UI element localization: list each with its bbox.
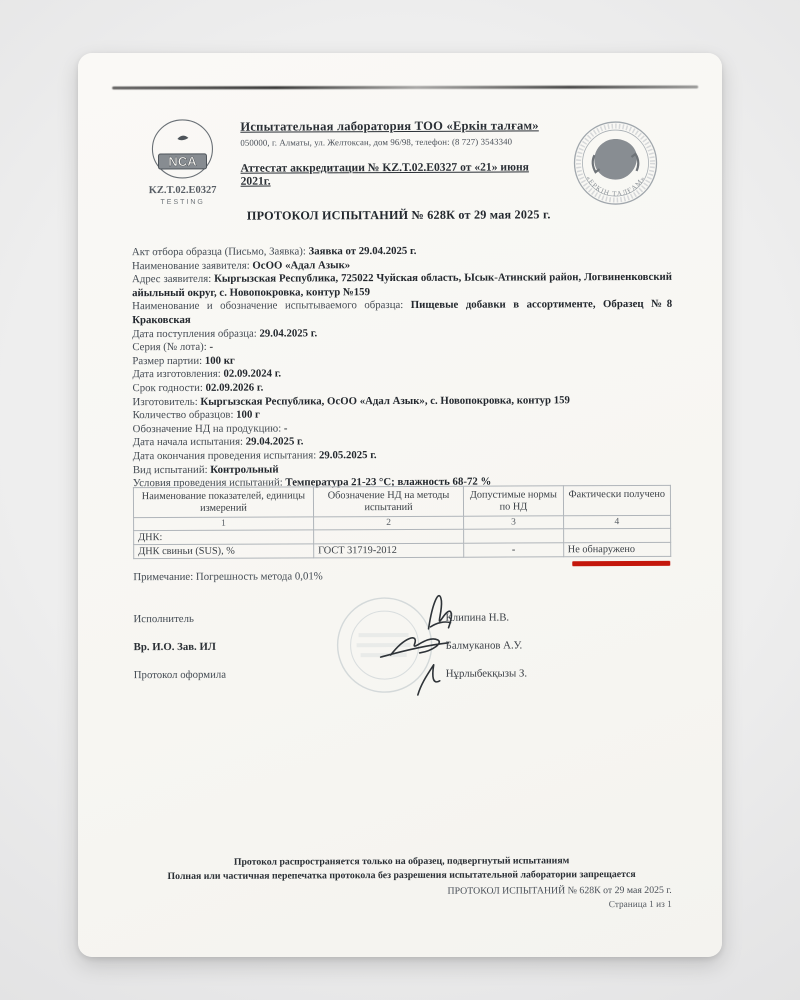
field-label: Серия (№ лота): <box>132 341 209 353</box>
lab-address: 050000, г. Алматы, ул. Желтоксан, дом 96… <box>240 136 546 147</box>
signer-role: Протокол оформила <box>134 669 226 681</box>
cell-indicator: ДНК свиньи (SUS), % <box>134 544 314 559</box>
accreditation-line: Аттестат аккредитации № KZ.T.02.E0327 от… <box>241 160 547 187</box>
field-label: Обозначение НД на продукцию: <box>133 422 284 435</box>
field-label: Дата изготовления: <box>132 368 223 380</box>
signature-row: Вр. И.О. Зав. ИЛ Балмуканов А.У. <box>134 639 674 653</box>
col-header-method: Обозначение НД на методы испытаний <box>313 486 463 516</box>
table-row: ДНК свиньи (SUS), % ГОСТ 31719-2012 - Не… <box>134 542 671 558</box>
result-highlight-underline <box>572 561 670 566</box>
col-number: 3 <box>464 515 563 528</box>
signature-row: Протокол оформила Нұрлыбекқызы З. <box>134 667 674 681</box>
field-value: 29.05.2025 г. <box>319 449 377 461</box>
field-label: Изготовитель: <box>133 395 201 407</box>
field-row: Адрес заявителя: Кыргызская Республика, … <box>132 271 672 301</box>
field-value: ОсОО «Адал Азык» <box>252 259 350 271</box>
signer-name: Нұрлыбекқызы З. <box>446 667 527 679</box>
field-value: 29.04.2025 г. <box>259 327 317 339</box>
document-page: NCA KZ.T.02.E0327 TESTING Испытательная … <box>78 53 722 957</box>
results-table: Наименование показателей, единицы измере… <box>133 485 671 559</box>
footer-reprint-line: Полная или частичная перепечатка протоко… <box>132 868 672 884</box>
col-number: 2 <box>313 516 463 530</box>
field-value: 100 кг <box>205 354 235 366</box>
field-label: Адрес заявителя: <box>132 273 214 285</box>
col-number: 4 <box>563 515 670 528</box>
field-row: Наименование и обозначение испытываемого… <box>132 298 672 328</box>
field-value: 02.09.2026 г. <box>206 382 264 394</box>
cell-result <box>563 528 670 542</box>
signature-row: Исполнитель Клипина Н.В. <box>133 611 673 625</box>
cell-indicator: ДНК: <box>134 530 314 545</box>
field-value: 100 г <box>236 409 260 421</box>
signatures-block: Исполнитель Клипина Н.В. Вр. И.О. Зав. И… <box>133 609 673 721</box>
signer-role: Исполнитель <box>133 613 193 625</box>
field-label: Дата окончания проведения испытания: <box>133 449 319 462</box>
field-value: Контрольный <box>210 463 278 475</box>
field-label: Дата поступления образца: <box>132 327 259 340</box>
field-label: Наименование и обозначение испытываемого… <box>132 299 411 312</box>
cell-method <box>313 529 463 544</box>
note-label: Примечание: <box>133 571 196 583</box>
nca-accreditation-logo: NCA KZ.T.02.E0327 TESTING <box>141 118 223 214</box>
scan-artifact-line <box>112 85 698 89</box>
field-value: - <box>209 341 213 353</box>
nca-testing-label: TESTING <box>160 199 204 206</box>
field-value: 29.04.2025 г. <box>246 436 304 448</box>
field-value: Кыргызская Республика, ОсОО «Адал Азык»,… <box>200 394 570 408</box>
field-value: - <box>284 422 288 434</box>
erkin-talgam-round-stamp: «ЕРКІН ТАЛҒАМ» <box>565 113 665 213</box>
footer: Протокол распространяется только на обра… <box>132 854 672 914</box>
nca-letters: NCA <box>168 154 197 169</box>
signer-role: Вр. И.О. Зав. ИЛ <box>134 641 216 653</box>
field-label: Акт отбора образца (Письмо, Заявка): <box>132 245 309 258</box>
col-header-result: Фактически получено <box>563 485 671 515</box>
col-header-indicator: Наименование показателей, единицы измере… <box>133 487 313 517</box>
signer-name: Клипина Н.В. <box>445 612 509 624</box>
field-label: Срок годности: <box>132 382 205 394</box>
field-label: Наименование заявителя: <box>132 259 252 272</box>
note-value: Погрешность метода 0,01% <box>196 570 323 583</box>
cell-method: ГОСТ 31719-2012 <box>314 543 464 558</box>
col-header-norm: Допустимые нормы по НД <box>464 486 563 516</box>
field-label: Количество образцов: <box>133 409 237 421</box>
signer-name: Балмуканов А.У. <box>446 639 523 651</box>
field-label: Размер партии: <box>132 355 204 367</box>
cell-norm <box>464 528 563 542</box>
cell-norm: - <box>464 542 563 556</box>
globe-icon <box>594 139 637 180</box>
col-number: 1 <box>134 517 314 531</box>
nca-code: KZ.T.02.E0327 <box>149 185 217 196</box>
bird-icon <box>177 136 188 141</box>
footer-page-number: Страница 1 из 1 <box>132 898 672 914</box>
cell-result: Не обнаружено <box>563 542 670 556</box>
note-line: Примечание: Погрешность метода 0,01% <box>133 570 323 583</box>
field-label: Вид испытаний: <box>133 463 211 475</box>
field-value: Заявка от 29.04.2025 г. <box>309 245 417 257</box>
protocol-title: ПРОТОКОЛ ИСПЫТАНИЙ № 628К от 29 мая 2025… <box>77 207 721 225</box>
protocol-fields: Акт отбора образца (Письмо, Заявка): Зая… <box>132 244 673 491</box>
letterhead: Испытательная лаборатория ТОО «Еркін тал… <box>240 118 546 187</box>
footer-protocol-ref: ПРОТОКОЛ ИСПЫТАНИЙ № 628К от 29 мая 2025… <box>132 884 672 900</box>
field-label: Дата начала испытания: <box>133 436 246 448</box>
scanned-test-protocol-document: { "header": { "lab_name": "Испытательная… <box>0 0 800 1000</box>
field-value: 02.09.2024 г. <box>223 368 281 380</box>
lab-name: Испытательная лаборатория ТОО «Еркін тал… <box>240 118 546 134</box>
